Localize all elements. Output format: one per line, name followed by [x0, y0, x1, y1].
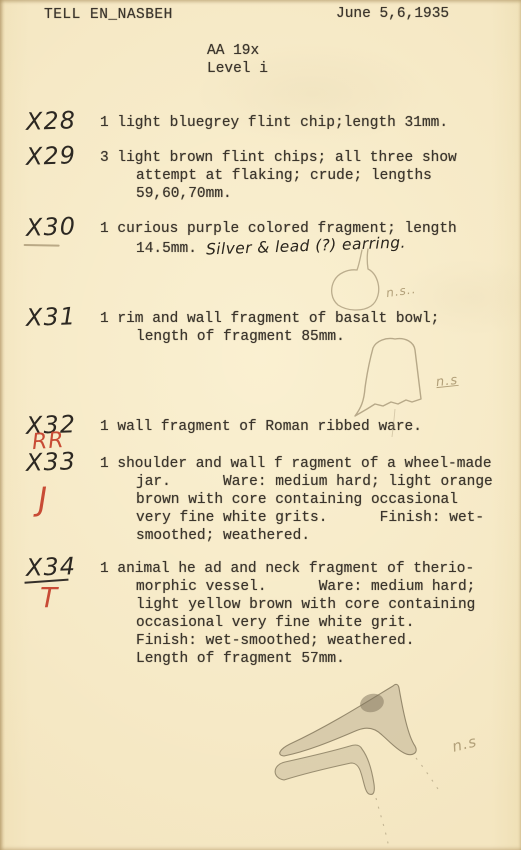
- typed-line: 59,60,70mm.: [136, 185, 521, 203]
- entry-number: X29: [26, 141, 77, 171]
- theriomorphic-fragments-sketch: [258, 676, 468, 850]
- typed-line: 1 curious purple colored fragment; lengt…: [100, 220, 521, 238]
- entry-description: 1 light bluegrey flint chip;length 31mm.: [100, 114, 521, 132]
- catalog-entry: X293 light brown flint chips; all three …: [0, 149, 521, 203]
- typed-line: brown with core containing occasional: [136, 491, 521, 509]
- typed-line: attempt at flaking; crude; lengths: [136, 167, 521, 185]
- bowl-profile-sketch: [348, 333, 448, 443]
- typed-line: light yellow brown with core containing: [136, 596, 521, 614]
- typed-line: morphic vessel. Ware: medium hard;: [136, 578, 521, 596]
- entry-description: 1 animal he ad and neck fragment of ther…: [100, 560, 521, 668]
- entry-number: X30: [26, 212, 77, 242]
- red-classification-mark: J: [37, 480, 49, 518]
- typed-line: 1 animal he ad and neck fragment of ther…: [100, 560, 521, 578]
- excavation-level: Level i: [207, 60, 268, 78]
- typed-line: 1 light bluegrey flint chip;length 31mm.: [100, 114, 521, 132]
- catalog-page: TELL EN_NASBEH June 5,6,1935 AA 19x Leve…: [0, 0, 521, 850]
- typed-line: Length of fragment 57mm.: [136, 650, 521, 668]
- typed-line: smoothed; weathered.: [136, 527, 521, 545]
- pencil-annotation: n.s: [435, 373, 459, 390]
- catalog-entry: X33J1 shoulder and wall f ragment of a w…: [0, 455, 521, 545]
- red-classification-mark: T: [40, 581, 58, 614]
- earring-sketch: [300, 243, 410, 323]
- entry-number: X34: [26, 552, 77, 582]
- typed-line: occasional very fine white grit.: [136, 614, 521, 632]
- catalog-entry: X301 curious purple colored fragment; le…: [0, 220, 521, 258]
- excavation-square: AA 19x: [207, 42, 259, 60]
- entry-description: 1 shoulder and wall f ragment of a wheel…: [100, 455, 521, 545]
- typed-line: Finish: wet-smoothed; weathered.: [136, 632, 521, 650]
- entry-description: 3 light brown flint chips; all three sho…: [100, 149, 521, 203]
- catalog-entry: X34T1 animal he ad and neck fragment of …: [0, 560, 521, 668]
- entry-number: X28: [26, 106, 77, 136]
- typed-line: jar. Ware: medium hard; light orange: [136, 473, 521, 491]
- site-name: TELL EN_NASBEH: [44, 6, 173, 24]
- typed-line: length of fragment 85mm.: [136, 328, 521, 346]
- entry-number: X31: [26, 302, 77, 332]
- typed-line: 1 wall fragment of Roman ribbed ware.: [100, 418, 521, 436]
- entry-description: 1 wall fragment of Roman ribbed ware.: [100, 418, 521, 436]
- typed-line: 3 light brown flint chips; all three sho…: [100, 149, 521, 167]
- entry-number: X33: [26, 447, 77, 477]
- typed-line: very fine white grits. Finish: wet-: [136, 509, 521, 527]
- typed-line: 1 shoulder and wall f ragment of a wheel…: [100, 455, 521, 473]
- record-date: June 5,6,1935: [336, 5, 449, 23]
- catalog-entry: X281 light bluegrey flint chip;length 31…: [0, 114, 521, 132]
- pencil-annotation: n.s..: [385, 282, 417, 300]
